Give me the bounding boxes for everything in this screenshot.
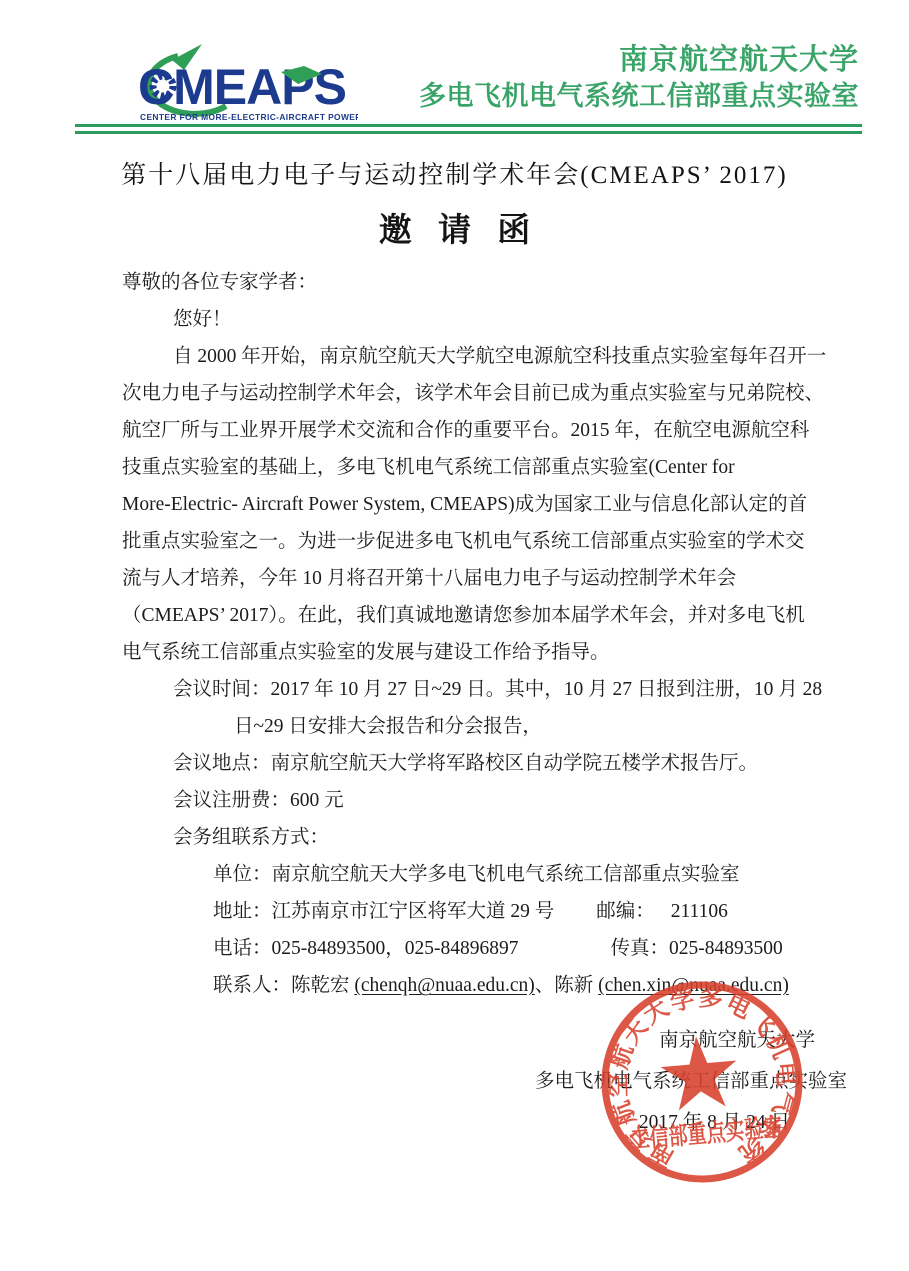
seal-graphic: 南京航空航天大学多电飞机电气系统 工信部重点实验室 xyxy=(595,978,807,1187)
logo-tagline: CENTER FOR MORE-ELECTRIC-AIRCRAFT POWER … xyxy=(140,112,358,122)
meeting-fee: 会议注册费：600 元 xyxy=(122,782,820,819)
paragraph-line: 航空厂所与工业界开展学术交流和合作的重要平台。2015 年，在航空电源航空科 xyxy=(122,412,820,449)
contact-unit: 单位：南京航空航天大学多电飞机电气系统工信部重点实验室 xyxy=(122,856,820,893)
letterhead-rule xyxy=(75,124,862,134)
salutation: 尊敬的各位专家学者： xyxy=(122,264,820,301)
doc-subtitle: 邀 请 函 xyxy=(0,204,909,251)
cmeaps-logo-graphic: CMEAPS CENTER FOR MORE-ELECTRIC-AIRCRAFT… xyxy=(126,42,358,126)
official-seal: 南京航空航天大学多电飞机电气系统 工信部重点实验室 xyxy=(590,978,814,1190)
seal-star-icon xyxy=(658,1033,740,1112)
cmeaps-logo: CMEAPS CENTER FOR MORE-ELECTRIC-AIRCRAFT… xyxy=(126,42,358,126)
greeting: 您好！ xyxy=(122,301,820,338)
doc-title: 第十八届电力电子与运动控制学术年会(CMEAPS’ 2017) xyxy=(0,155,909,191)
meeting-time-line2: 日~29 日安排大会报告和分会报告， xyxy=(122,708,820,745)
postcode-label: 邮编： xyxy=(596,901,655,922)
letterhead-org: 南京航空航天大学 多电飞机电气系统工信部重点实验室 xyxy=(419,44,859,112)
contact-email-link[interactable]: (chenqh@nuaa.edu.cn) xyxy=(354,975,534,996)
contact-persons-prefix: 联系人：陈乾宏 xyxy=(213,975,354,996)
contact-address-line: 地址：江苏南京市江宁区将军大道 29 号邮编：211106 xyxy=(122,893,820,930)
contact-heading: 会务组联系方式： xyxy=(122,819,820,856)
paragraph-line: More-Electric- Aircraft Power System, CM… xyxy=(122,486,820,523)
meeting-location: 会议地点：南京航空航天大学将军路校区自动学院五楼学术报告厅。 xyxy=(122,745,820,782)
paragraph-line: 电气系统工信部重点实验室的发展与建设工作给予指导。 xyxy=(122,634,820,671)
invitation-letter-page: CMEAPS CENTER FOR MORE-ELECTRIC-AIRCRAFT… xyxy=(0,0,909,1271)
paragraph-line: 流与人才培养，今年 10 月将召开第十八届电力电子与运动控制学术年会 xyxy=(122,560,820,597)
postcode-value: 211106 xyxy=(671,901,728,922)
contact-phone-line: 电话：025-84893500，025-84896897传真：025-84893… xyxy=(122,930,820,967)
paragraph-line: （CMEAPS’ 2017）。在此，我们真诚地邀请您参加本届学术年会，并对多电飞… xyxy=(122,597,820,634)
meeting-time-line1: 会议时间：2017 年 10 月 27 日~29 日。其中，10 月 27 日报… xyxy=(122,671,820,708)
contact-phone: 电话：025-84893500，025-84896897 xyxy=(213,938,519,959)
paragraph-line: 批重点实验室之一。为进一步促进多电飞机电气系统工信部重点实验室的学术交 xyxy=(122,523,820,560)
contact-address: 地址：江苏南京市江宁区将军大道 29 号 xyxy=(213,901,554,922)
org-name-cn: 南京航空航天大学 xyxy=(419,44,859,77)
contact-fax: 传真：025-84893500 xyxy=(611,938,783,959)
contact-persons-middle: 、陈新 xyxy=(535,975,598,996)
logo-wordmark: CMEAPS xyxy=(138,59,346,115)
paragraph-line: 自 2000 年开始，南京航空航天大学航空电源航空科技重点实验室每年召开一 xyxy=(122,338,820,375)
paragraph-line: 技重点实验室的基础上，多电飞机电气系统工信部重点实验室(Center for xyxy=(122,449,820,486)
paragraph-line: 次电力电子与运动控制学术年会，该学术年会目前已成为重点实验室与兄弟院校、 xyxy=(122,375,820,412)
lab-name-cn: 多电飞机电气系统工信部重点实验室 xyxy=(419,81,859,112)
letter-body: 尊敬的各位专家学者： 您好！ 自 2000 年开始，南京航空航天大学航空电源航空… xyxy=(122,264,820,1004)
